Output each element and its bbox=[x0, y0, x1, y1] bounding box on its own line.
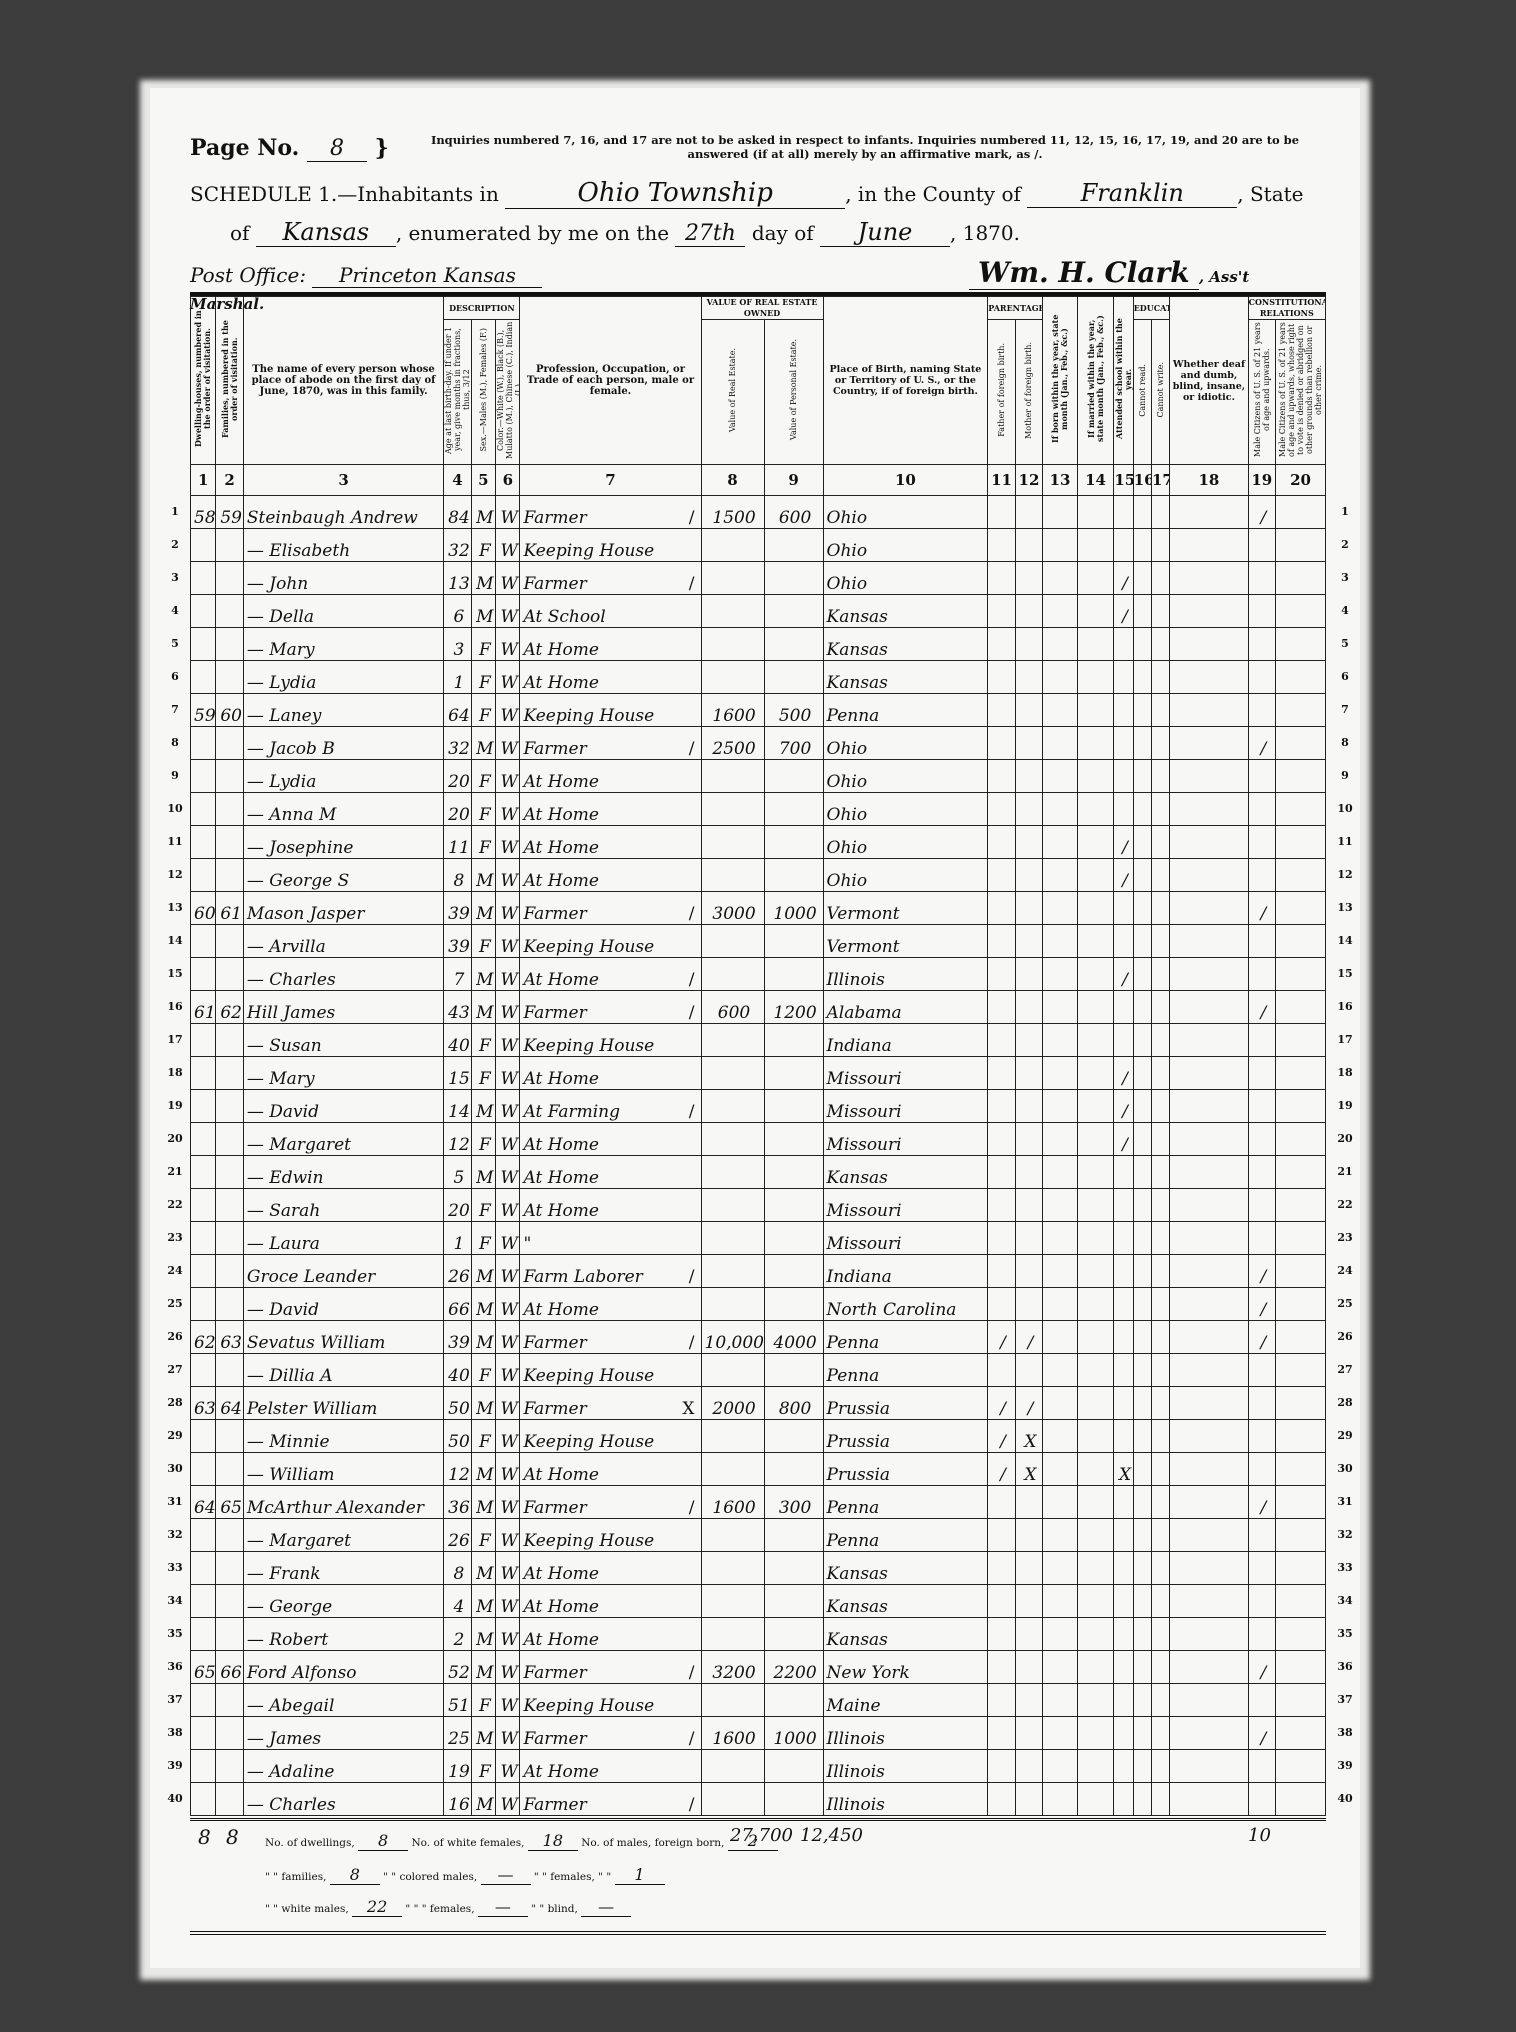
line-number: 20 bbox=[160, 1132, 190, 1145]
birthplace: Vermont bbox=[823, 925, 988, 958]
attended-school bbox=[1114, 1618, 1133, 1651]
born-within-year bbox=[1043, 925, 1078, 958]
male-citizen-21 bbox=[1248, 1156, 1275, 1189]
born-within-year bbox=[1043, 628, 1078, 661]
family-number: 59 bbox=[216, 496, 243, 529]
dwelling-number bbox=[191, 628, 216, 661]
cannot-read bbox=[1133, 1783, 1151, 1816]
age: 40 bbox=[444, 1354, 471, 1387]
father-foreign bbox=[988, 1288, 1015, 1321]
attended-school: X bbox=[1114, 1453, 1133, 1486]
sex: M bbox=[471, 958, 495, 991]
born-within-year bbox=[1043, 1189, 1078, 1222]
cannot-write bbox=[1151, 1321, 1169, 1354]
father-foreign bbox=[988, 595, 1015, 628]
deaf-blind-insane bbox=[1170, 892, 1248, 925]
vote-denied bbox=[1276, 1453, 1326, 1486]
male-citizen-21 bbox=[1248, 958, 1275, 991]
table-row: — Lydia1FWAt HomeKansas bbox=[191, 661, 1326, 694]
age: 32 bbox=[444, 529, 471, 562]
color: W bbox=[496, 727, 520, 760]
col-14-header: If married within the year, state month … bbox=[1077, 297, 1114, 465]
color: W bbox=[496, 991, 520, 1024]
dwelling-number: 59 bbox=[191, 694, 216, 727]
vote-denied bbox=[1276, 1321, 1326, 1354]
born-within-year bbox=[1043, 958, 1078, 991]
table-row: Groce Leander26MWFarm Laborer/Indiana/ bbox=[191, 1255, 1326, 1288]
column-number: 15 bbox=[1114, 465, 1133, 496]
married-within-year bbox=[1077, 1288, 1114, 1321]
real-estate-value bbox=[701, 1024, 764, 1057]
column-number: 11 bbox=[988, 465, 1015, 496]
dwelling-number bbox=[191, 1684, 216, 1717]
line-number: 37 bbox=[160, 1693, 190, 1706]
line-number: 34 bbox=[160, 1594, 190, 1607]
birthplace: Kansas bbox=[823, 1618, 988, 1651]
col-15-header: Attended school within the year. bbox=[1114, 297, 1133, 465]
male-citizen-21 bbox=[1248, 661, 1275, 694]
deaf-blind-insane bbox=[1170, 1123, 1248, 1156]
line-number: 30 bbox=[1330, 1462, 1360, 1475]
dwelling-number bbox=[191, 1189, 216, 1222]
father-foreign bbox=[988, 793, 1015, 826]
mother-foreign bbox=[1015, 1618, 1042, 1651]
occupation: Farmer/ bbox=[520, 1321, 701, 1354]
married-within-year bbox=[1077, 1618, 1114, 1651]
dwelling-number bbox=[191, 1057, 216, 1090]
mother-foreign bbox=[1015, 925, 1042, 958]
mother-foreign bbox=[1015, 1024, 1042, 1057]
father-foreign: / bbox=[988, 1387, 1015, 1420]
age: 50 bbox=[444, 1420, 471, 1453]
line-number: 3 bbox=[1330, 571, 1360, 584]
male-citizen-21 bbox=[1248, 925, 1275, 958]
constitutional-group: CONSTITUTIONAL RELATIONS bbox=[1248, 297, 1325, 320]
deaf-blind-insane bbox=[1170, 529, 1248, 562]
color: W bbox=[496, 859, 520, 892]
families-value: 8 bbox=[330, 1865, 380, 1885]
birthplace: Ohio bbox=[823, 529, 988, 562]
age: 36 bbox=[444, 1486, 471, 1519]
mother-foreign bbox=[1015, 661, 1042, 694]
born-within-year bbox=[1043, 694, 1078, 727]
column-number: 2 bbox=[216, 465, 243, 496]
male-citizen-21 bbox=[1248, 1189, 1275, 1222]
table-row: — Lydia20FWAt HomeOhio bbox=[191, 760, 1326, 793]
sex: M bbox=[471, 1783, 495, 1816]
attended-school bbox=[1114, 1585, 1133, 1618]
person-name: — George S bbox=[243, 859, 443, 892]
instructions-note: Inquiries numbered 7, 16, and 17 are not… bbox=[410, 133, 1320, 161]
birthplace: Illinois bbox=[823, 1750, 988, 1783]
male-citizen-21 bbox=[1248, 1783, 1275, 1816]
col-4-header: Age at last birth-day. If under 1 year, … bbox=[444, 320, 471, 465]
occupation: At Home bbox=[520, 1156, 701, 1189]
vote-denied bbox=[1276, 1750, 1326, 1783]
father-foreign bbox=[988, 661, 1015, 694]
person-name: — Elisabeth bbox=[243, 529, 443, 562]
cannot-write bbox=[1151, 1222, 1169, 1255]
married-within-year bbox=[1077, 958, 1114, 991]
table-row: — Frank8MWAt HomeKansas bbox=[191, 1552, 1326, 1585]
family-number bbox=[216, 760, 243, 793]
occupation: At Home/ bbox=[520, 958, 701, 991]
mother-foreign bbox=[1015, 1750, 1042, 1783]
person-name: — Lydia bbox=[243, 661, 443, 694]
cannot-write bbox=[1151, 1486, 1169, 1519]
vote-denied bbox=[1276, 958, 1326, 991]
mother-foreign bbox=[1015, 1354, 1042, 1387]
cannot-read bbox=[1133, 826, 1151, 859]
mother-foreign bbox=[1015, 793, 1042, 826]
family-number bbox=[216, 1420, 243, 1453]
occupation: At Home bbox=[520, 628, 701, 661]
age: 15 bbox=[444, 1057, 471, 1090]
family-number bbox=[216, 793, 243, 826]
page-number: Page No. 8 } bbox=[190, 135, 389, 162]
person-name: — Margaret bbox=[243, 1519, 443, 1552]
birthplace: Ohio bbox=[823, 760, 988, 793]
color: W bbox=[496, 562, 520, 595]
deaf-blind-insane bbox=[1170, 628, 1248, 661]
married-within-year bbox=[1077, 1222, 1114, 1255]
blind-value: — bbox=[581, 1897, 631, 1917]
table-row: — William12MWAt HomePrussia/XX bbox=[191, 1453, 1326, 1486]
dwelling-number bbox=[191, 793, 216, 826]
personal-estate-value: 1000 bbox=[764, 1717, 823, 1750]
birthplace: Penna bbox=[823, 1519, 988, 1552]
dwelling-number: 63 bbox=[191, 1387, 216, 1420]
dwelling-number bbox=[191, 1222, 216, 1255]
person-name: — Anna M bbox=[243, 793, 443, 826]
father-foreign bbox=[988, 1222, 1015, 1255]
line-number: 17 bbox=[160, 1033, 190, 1046]
line-number: 7 bbox=[1330, 703, 1360, 716]
mother-foreign bbox=[1015, 529, 1042, 562]
real-estate-value bbox=[701, 826, 764, 859]
person-name: — Minnie bbox=[243, 1420, 443, 1453]
birthplace: New York bbox=[823, 1651, 988, 1684]
personal-estate-value bbox=[764, 1750, 823, 1783]
mother-foreign bbox=[1015, 1156, 1042, 1189]
father-foreign bbox=[988, 562, 1015, 595]
mother-foreign bbox=[1015, 628, 1042, 661]
dwelling-number bbox=[191, 1255, 216, 1288]
table-row: — Dillia A40FWKeeping HousePenna bbox=[191, 1354, 1326, 1387]
age: 51 bbox=[444, 1684, 471, 1717]
deaf-blind-insane bbox=[1170, 1387, 1248, 1420]
line-number: 5 bbox=[160, 637, 190, 650]
father-foreign bbox=[988, 529, 1015, 562]
table-row: 5960— Laney64FWKeeping House1600500Penna bbox=[191, 694, 1326, 727]
married-within-year bbox=[1077, 1321, 1114, 1354]
male-citizen-21 bbox=[1248, 1618, 1275, 1651]
personal-estate-value bbox=[764, 1585, 823, 1618]
family-number bbox=[216, 1585, 243, 1618]
attended-school bbox=[1114, 1420, 1133, 1453]
occupation-text: At Home bbox=[523, 772, 598, 792]
occupation: Keeping House bbox=[520, 1684, 701, 1717]
family-number bbox=[216, 1123, 243, 1156]
family-number bbox=[216, 1453, 243, 1486]
white-females-label: No. of white females, bbox=[411, 1837, 524, 1849]
married-within-year bbox=[1077, 1750, 1114, 1783]
cannot-read bbox=[1133, 1288, 1151, 1321]
attended-school bbox=[1114, 1684, 1133, 1717]
column-number: 5 bbox=[471, 465, 495, 496]
occupation: At Home bbox=[520, 1750, 701, 1783]
real-estate-value bbox=[701, 1156, 764, 1189]
attended-school bbox=[1114, 1288, 1133, 1321]
male-citizen-21 bbox=[1248, 1420, 1275, 1453]
age: 25 bbox=[444, 1717, 471, 1750]
birthplace: Kansas bbox=[823, 661, 988, 694]
real-estate-value: 1600 bbox=[701, 694, 764, 727]
line-number: 27 bbox=[1330, 1363, 1360, 1376]
sex: M bbox=[471, 1288, 495, 1321]
county-field: Franklin bbox=[1027, 179, 1237, 208]
line-number: 30 bbox=[160, 1462, 190, 1475]
person-name: — George bbox=[243, 1585, 443, 1618]
real-estate-value bbox=[701, 1222, 764, 1255]
table-row: — David66MWAt HomeNorth Carolina/ bbox=[191, 1288, 1326, 1321]
male-citizen-21 bbox=[1248, 1354, 1275, 1387]
attended-school bbox=[1114, 1486, 1133, 1519]
age: 13 bbox=[444, 562, 471, 595]
deaf-blind-insane bbox=[1170, 958, 1248, 991]
line-number: 13 bbox=[1330, 901, 1360, 914]
person-name: Steinbaugh Andrew bbox=[243, 496, 443, 529]
personal-estate-value bbox=[764, 1090, 823, 1123]
line-number: 1 bbox=[1330, 505, 1360, 518]
cannot-write bbox=[1151, 1552, 1169, 1585]
col-8-header: Value of Real Estate. bbox=[701, 320, 764, 465]
table-row: — Jacob B32MWFarmer/2500700Ohio/ bbox=[191, 727, 1326, 760]
occupation-text: At Home bbox=[523, 970, 598, 990]
father-foreign: / bbox=[988, 1453, 1015, 1486]
personal-estate-value bbox=[764, 1156, 823, 1189]
line-number: 36 bbox=[160, 1660, 190, 1673]
occupation: Farmer/ bbox=[520, 1486, 701, 1519]
column-number: 20 bbox=[1276, 465, 1326, 496]
family-number bbox=[216, 826, 243, 859]
line-number: 18 bbox=[1330, 1066, 1360, 1079]
married-within-year bbox=[1077, 694, 1114, 727]
person-name: Groce Leander bbox=[243, 1255, 443, 1288]
personal-estate-value bbox=[764, 1123, 823, 1156]
sex: M bbox=[471, 595, 495, 628]
cannot-write bbox=[1151, 1090, 1169, 1123]
age: 32 bbox=[444, 727, 471, 760]
schedule-label: SCHEDULE 1.—Inhabitants in bbox=[190, 182, 499, 206]
dwelling-number bbox=[191, 727, 216, 760]
dwelling-number bbox=[191, 1288, 216, 1321]
occupation-text: Keeping House bbox=[523, 706, 654, 726]
deaf-blind-insane bbox=[1170, 1519, 1248, 1552]
born-within-year bbox=[1043, 1684, 1078, 1717]
sex: M bbox=[471, 562, 495, 595]
cannot-read bbox=[1133, 1123, 1151, 1156]
male-citizen-21 bbox=[1248, 1123, 1275, 1156]
father-foreign bbox=[988, 1717, 1015, 1750]
occupation-text: Farm Laborer bbox=[523, 1267, 642, 1287]
personal-estate-value bbox=[764, 1519, 823, 1552]
occupation: At Home bbox=[520, 1057, 701, 1090]
cannot-write bbox=[1151, 760, 1169, 793]
family-number bbox=[216, 1255, 243, 1288]
born-within-year bbox=[1043, 496, 1078, 529]
summary-line-3: " " white males, 22 " " " females, — " "… bbox=[265, 1897, 631, 1917]
personal-estate-value bbox=[764, 958, 823, 991]
personal-estate-value bbox=[764, 1222, 823, 1255]
line-number: 15 bbox=[1330, 967, 1360, 980]
description-group: DESCRIPTION bbox=[444, 297, 520, 320]
father-foreign bbox=[988, 1519, 1015, 1552]
column-number: 4 bbox=[444, 465, 471, 496]
mother-foreign bbox=[1015, 991, 1042, 1024]
cannot-read bbox=[1133, 1189, 1151, 1222]
occupation-text: Keeping House bbox=[523, 1531, 654, 1551]
personal-estate-value: 4000 bbox=[764, 1321, 823, 1354]
real-estate-value bbox=[701, 859, 764, 892]
personal-estate-value bbox=[764, 760, 823, 793]
mother-foreign bbox=[1015, 1123, 1042, 1156]
birthplace: Illinois bbox=[823, 1717, 988, 1750]
post-office-field: Princeton Kansas bbox=[312, 263, 542, 288]
male-citizen-21 bbox=[1248, 1090, 1275, 1123]
vote-denied bbox=[1276, 595, 1326, 628]
personal-estate-value bbox=[764, 1618, 823, 1651]
birthplace: Prussia bbox=[823, 1387, 988, 1420]
col-16-header: Cannot read. bbox=[1133, 320, 1151, 465]
line-number: 39 bbox=[160, 1759, 190, 1772]
personal-estate-value bbox=[764, 1354, 823, 1387]
occupation-mark: / bbox=[689, 1795, 701, 1815]
dwelling-number bbox=[191, 1585, 216, 1618]
attended-school: / bbox=[1114, 1057, 1133, 1090]
deaf-blind-insane bbox=[1170, 595, 1248, 628]
personal-estate-value bbox=[764, 1420, 823, 1453]
table-row: — Mary3FWAt HomeKansas bbox=[191, 628, 1326, 661]
sex: M bbox=[471, 1585, 495, 1618]
dwelling-number bbox=[191, 760, 216, 793]
occupation: Keeping House bbox=[520, 529, 701, 562]
personal-estate-value: 800 bbox=[764, 1387, 823, 1420]
cannot-read bbox=[1133, 1684, 1151, 1717]
married-within-year bbox=[1077, 1090, 1114, 1123]
married-within-year bbox=[1077, 628, 1114, 661]
married-within-year bbox=[1077, 892, 1114, 925]
mother-foreign bbox=[1015, 1783, 1042, 1816]
real-estate-value bbox=[701, 1255, 764, 1288]
dwelling-number bbox=[191, 826, 216, 859]
line-number: 21 bbox=[160, 1165, 190, 1178]
occupation: At Home bbox=[520, 760, 701, 793]
attended-school bbox=[1114, 496, 1133, 529]
birthplace: Ohio bbox=[823, 826, 988, 859]
attended-school: / bbox=[1114, 958, 1133, 991]
person-name: — Robert bbox=[243, 1618, 443, 1651]
personal-estate-value bbox=[764, 1453, 823, 1486]
color: W bbox=[496, 1288, 520, 1321]
occupation-text: At School bbox=[523, 607, 605, 627]
cannot-write bbox=[1151, 562, 1169, 595]
line-number: 22 bbox=[1330, 1198, 1360, 1211]
occupation-text: Keeping House bbox=[523, 1366, 654, 1386]
attended-school bbox=[1114, 1255, 1133, 1288]
cannot-write bbox=[1151, 991, 1169, 1024]
table-row: — Sarah20FWAt HomeMissouri bbox=[191, 1189, 1326, 1222]
birthplace: Ohio bbox=[823, 793, 988, 826]
marshal-signature: Wm. H. Clark bbox=[969, 256, 1199, 290]
attended-school bbox=[1114, 892, 1133, 925]
occupation-text: Farmer bbox=[523, 1003, 586, 1023]
born-within-year bbox=[1043, 595, 1078, 628]
cannot-write bbox=[1151, 925, 1169, 958]
color: W bbox=[496, 1024, 520, 1057]
married-within-year bbox=[1077, 1684, 1114, 1717]
birthplace: Prussia bbox=[823, 1420, 988, 1453]
cannot-write bbox=[1151, 1519, 1169, 1552]
table-row: — John13MWFarmer/Ohio/ bbox=[191, 562, 1326, 595]
dwelling-number bbox=[191, 1750, 216, 1783]
sex: M bbox=[471, 1618, 495, 1651]
personal-estate-value: 1200 bbox=[764, 991, 823, 1024]
white-males-label: " " white males, bbox=[265, 1903, 349, 1915]
birthplace: Penna bbox=[823, 1486, 988, 1519]
birthplace: Ohio bbox=[823, 562, 988, 595]
sex: M bbox=[471, 1552, 495, 1585]
line-number: 22 bbox=[160, 1198, 190, 1211]
color: W bbox=[496, 1684, 520, 1717]
column-number: 8 bbox=[701, 465, 764, 496]
cannot-write bbox=[1151, 1453, 1169, 1486]
sex: F bbox=[471, 925, 495, 958]
dwelling-number bbox=[191, 1420, 216, 1453]
occupation-text: Keeping House bbox=[523, 1432, 654, 1452]
line-number: 31 bbox=[1330, 1495, 1360, 1508]
color: W bbox=[496, 793, 520, 826]
married-within-year bbox=[1077, 1024, 1114, 1057]
line-number: 6 bbox=[1330, 670, 1360, 683]
person-name: Sevatus William bbox=[243, 1321, 443, 1354]
mother-foreign bbox=[1015, 1585, 1042, 1618]
color: W bbox=[496, 694, 520, 727]
birthplace: Missouri bbox=[823, 1189, 988, 1222]
attended-school bbox=[1114, 628, 1133, 661]
birthplace: Ohio bbox=[823, 496, 988, 529]
married-within-year bbox=[1077, 1354, 1114, 1387]
mother-foreign: X bbox=[1015, 1453, 1042, 1486]
father-foreign bbox=[988, 496, 1015, 529]
occupation: At Home bbox=[520, 1123, 701, 1156]
person-name: — Jacob B bbox=[243, 727, 443, 760]
schedule-line: SCHEDULE 1.—Inhabitants in Ohio Township… bbox=[190, 178, 1320, 209]
family-number bbox=[216, 1156, 243, 1189]
sex: F bbox=[471, 793, 495, 826]
line-number: 15 bbox=[160, 967, 190, 980]
dwelling-number bbox=[191, 925, 216, 958]
cannot-read bbox=[1133, 1222, 1151, 1255]
age: 1 bbox=[444, 1222, 471, 1255]
cannot-read bbox=[1133, 1354, 1151, 1387]
mother-foreign bbox=[1015, 1717, 1042, 1750]
cannot-read bbox=[1133, 1420, 1151, 1453]
occupation-text: Farmer bbox=[523, 1399, 586, 1419]
occupation-text: Keeping House bbox=[523, 541, 654, 561]
dwelling-number bbox=[191, 661, 216, 694]
page-number-value: 8 bbox=[307, 136, 367, 162]
